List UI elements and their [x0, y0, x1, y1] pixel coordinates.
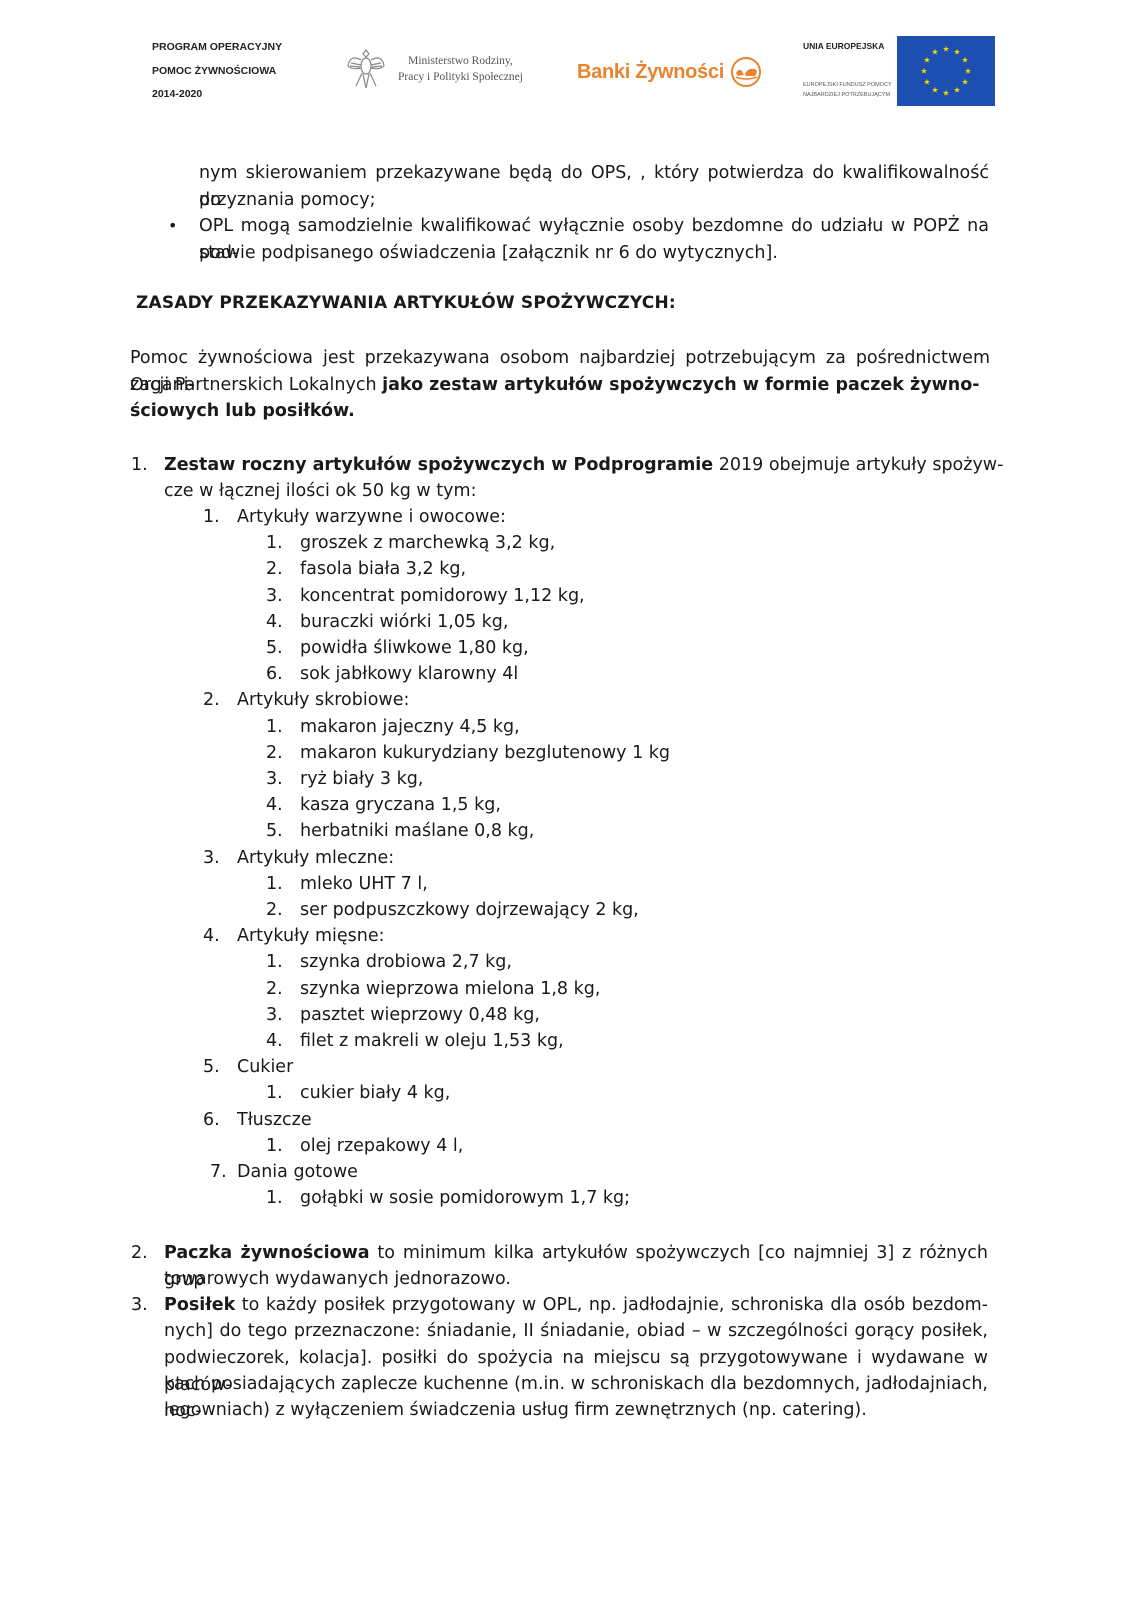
group-number: 6. [203, 1107, 220, 1134]
group-label: Artykuły warzywne i owocowe: [237, 504, 506, 531]
list-item-number: 1. [266, 1133, 283, 1160]
section-para-line-2: zacji Partnerskich Lokalnych jako zestaw… [130, 372, 980, 399]
program-line-3: 2014-2020 [152, 83, 282, 107]
list-item: kasza gryczana 1,5 kg, [300, 792, 501, 819]
banki-logo-icon [730, 56, 762, 88]
item-1-rest: 2019 obejmuje artykuły spożyw- [713, 455, 1003, 475]
group-label: Artykuły mleczne: [237, 845, 394, 872]
bullet-icon: • [168, 216, 177, 235]
ministry-name: Ministerstwo Rodziny, Pracy i Polityki S… [398, 53, 523, 85]
polish-eagle-icon [346, 46, 386, 92]
list-item-number: 1. [266, 714, 283, 741]
list-item: groszek z marchewką 3,2 kg, [300, 530, 555, 557]
item-2-bold: Paczka żywnościowa [164, 1243, 370, 1263]
program-line-2: POMOC ŻYWNOŚCIOWA [152, 60, 282, 84]
item-1-number: 1. [131, 452, 148, 479]
list-item: buraczki wiórki 1,05 kg, [300, 609, 508, 636]
list-item-number: 4. [266, 1028, 283, 1055]
list-item-number: 4. [266, 792, 283, 819]
eu-subtitle-line-2: NAJBARDZIEJ POTRZEBUJĄCYM [803, 90, 892, 100]
list-item: filet z makreli w oleju 1,53 kg, [300, 1028, 564, 1055]
intro-line-2: przyznania pomocy; [199, 187, 376, 214]
eu-flag-icon [897, 36, 995, 106]
list-item-number: 1. [266, 530, 283, 557]
list-item-number: 4. [266, 609, 283, 636]
program-line-1: PROGRAM OPERACYJNY [152, 36, 282, 60]
section-heading: ZASADY PRZEKAZYWANIA ARTYKUŁÓW SPOŻYWCZY… [136, 293, 676, 313]
group-number: 1. [203, 504, 220, 531]
item-3-line-1: Posiłek to każdy posiłek przygotowany w … [164, 1292, 988, 1319]
group-number: 2. [203, 687, 220, 714]
para-bold: jako zestaw artykułów spożywczych w form… [382, 375, 979, 395]
list-item: olej rzepakowy 4 l, [300, 1133, 463, 1160]
banki-name: Banki Żywności [577, 61, 724, 84]
item-3-number: 3. [131, 1292, 148, 1319]
item-1-line-1: Zestaw roczny artykułów spożywczych w Po… [164, 452, 1003, 479]
list-item: fasola biała 3,2 kg, [300, 556, 466, 583]
list-item-number: 1. [266, 1080, 283, 1107]
item-1-bold: Zestaw roczny artykułów spożywczych w Po… [164, 455, 713, 475]
item-3-bold: Posiłek [164, 1295, 235, 1315]
item-2-line-2: towarowych wydawanych jednorazowo. [164, 1266, 511, 1293]
ministry-line-1: Ministerstwo Rodziny, [398, 53, 523, 69]
list-item-number: 5. [266, 635, 283, 662]
list-item: ryż biały 3 kg, [300, 766, 423, 793]
list-item-number: 3. [266, 1002, 283, 1029]
list-item: makaron kukurydziany bezglutenowy 1 kg [300, 740, 670, 767]
group-number: 4. [203, 923, 220, 950]
list-item-number: 5. [266, 818, 283, 845]
group-number: 5. [203, 1054, 220, 1081]
list-item-number: 6. [266, 661, 283, 688]
list-item: powidła śliwkowe 1,80 kg, [300, 635, 529, 662]
group-number: 3. [203, 845, 220, 872]
ministry-logo: Ministerstwo Rodziny, Pracy i Polityki S… [346, 46, 523, 92]
list-item: cukier biały 4 kg, [300, 1080, 450, 1107]
list-item-number: 2. [266, 740, 283, 767]
list-item-number: 2. [266, 897, 283, 924]
list-item: herbatniki maślane 0,8 kg, [300, 818, 534, 845]
list-item-number: 3. [266, 583, 283, 610]
group-label: Artykuły skrobiowe: [237, 687, 409, 714]
item-3-rest: to każdy posiłek przygotowany w OPL, np.… [235, 1295, 988, 1315]
group-label: Artykuły mięsne: [237, 923, 385, 950]
list-item: koncentrat pomidorowy 1,12 kg, [300, 583, 585, 610]
list-item-number: 3. [266, 766, 283, 793]
eu-subtitle-line-1: EUROPEJSKI FUNDUSZ POMOCY [803, 80, 892, 90]
list-item: pasztet wieprzowy 0,48 kg, [300, 1002, 540, 1029]
list-item: makaron jajeczny 4,5 kg, [300, 714, 520, 741]
eu-subtitle: EUROPEJSKI FUNDUSZ POMOCY NAJBARDZIEJ PO… [803, 80, 892, 100]
list-item: szynka wieprzowa mielona 1,8 kg, [300, 976, 600, 1003]
list-item-number: 1. [266, 871, 283, 898]
banki-zywnosci-logo: Banki Żywności [577, 56, 762, 88]
group-label: Dania gotowe [237, 1159, 358, 1186]
eu-title: UNIA EUROPEJSKA [803, 41, 884, 51]
list-item-number: 2. [266, 976, 283, 1003]
list-item: gołąbki w sosie pomidorowym 1,7 kg; [300, 1185, 630, 1212]
group-label: Cukier [237, 1054, 293, 1081]
list-item-number: 2. [266, 556, 283, 583]
group-number: 7. [210, 1159, 227, 1186]
section-para-line-3: ściowych lub posiłków. [130, 398, 355, 425]
list-item: szynka drobiowa 2,7 kg, [300, 949, 512, 976]
list-item: sok jabłkowy klarowny 4l [300, 661, 518, 688]
item-2-number: 2. [131, 1240, 148, 1267]
item-1-line-2: cze w łącznej ilości ok 50 kg w tym: [164, 478, 476, 505]
list-item-number: 1. [266, 1185, 283, 1212]
program-title: PROGRAM OPERACYJNY POMOC ŻYWNOŚCIOWA 201… [152, 36, 282, 107]
item-3-line-5: legowniach) z wyłączeniem świadczenia us… [164, 1397, 867, 1424]
item-3-line-2: nych] do tego przeznaczone: śniadanie, I… [164, 1318, 988, 1345]
para-normal: zacji Partnerskich Lokalnych [130, 375, 382, 395]
bullet-line-2: stawie podpisanego oświadczenia [załączn… [199, 240, 778, 267]
ministry-line-2: Pracy i Polityki Społecznej [398, 69, 523, 85]
list-item-number: 1. [266, 949, 283, 976]
group-label: Tłuszcze [237, 1107, 312, 1134]
list-item: mleko UHT 7 l, [300, 871, 428, 898]
list-item: ser podpuszczkowy dojrzewający 2 kg, [300, 897, 639, 924]
